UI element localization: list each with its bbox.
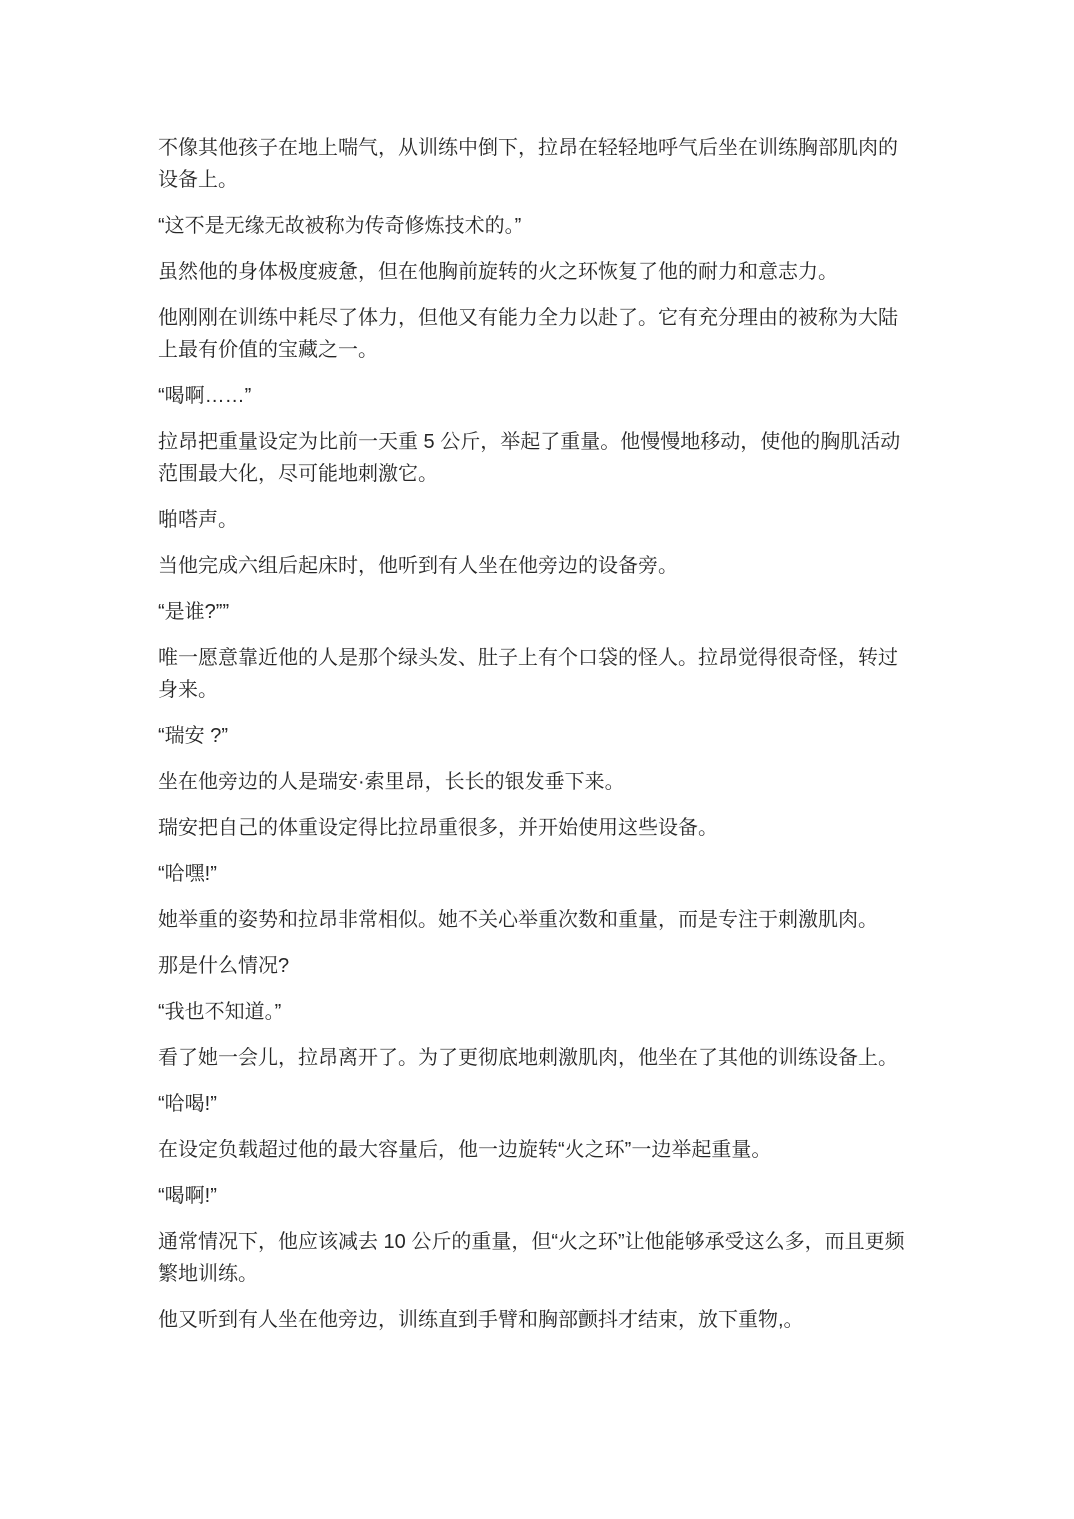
paragraph: 坐在他旁边的人是瑞安·索里昂，长长的银发垂下来。 <box>158 766 916 798</box>
novel-page: 不像其他孩子在地上喘气，从训练中倒下，拉昂在轻轻地呼气后坐在训练胸部肌肉的设备上… <box>0 0 1074 1519</box>
paragraph: “喝啊!” <box>158 1180 916 1212</box>
paragraph: 当他完成六组后起床时，他听到有人坐在他旁边的设备旁。 <box>158 550 916 582</box>
paragraph: “这不是无缘无故被称为传奇修炼技术的。” <box>158 210 916 242</box>
paragraph: “喝啊……” <box>158 380 916 412</box>
paragraph: 虽然他的身体极度疲惫，但在他胸前旋转的火之环恢复了他的耐力和意志力。 <box>158 256 916 288</box>
paragraph: “是谁?”” <box>158 596 916 628</box>
paragraph: 唯一愿意靠近他的人是那个绿头发、肚子上有个口袋的怪人。拉昂觉得很奇怪，转过身来。 <box>158 642 916 706</box>
paragraph: “我也不知道。” <box>158 996 916 1028</box>
paragraph: 啪嗒声。 <box>158 504 916 536</box>
paragraph: 瑞安把自己的体重设定得比拉昂重很多，并开始使用这些设备。 <box>158 812 916 844</box>
paragraph: “瑞安 ?” <box>158 720 916 752</box>
paragraph: 拉昂把重量设定为比前一天重 5 公斤，举起了重量。他慢慢地移动，使他的胸肌活动范… <box>158 426 916 490</box>
paragraph: 他刚刚在训练中耗尽了体力，但他又有能力全力以赴了。它有充分理由的被称为大陆上最有… <box>158 302 916 366</box>
paragraph: 看了她一会儿，拉昂离开了。为了更彻底地刺激肌肉，他坐在了其他的训练设备上。 <box>158 1042 916 1074</box>
paragraph: 他又听到有人坐在他旁边，训练直到手臂和胸部颤抖才结束，放下重物,。 <box>158 1304 916 1336</box>
paragraph: 在设定负载超过他的最大容量后，他一边旋转“火之环”一边举起重量。 <box>158 1134 916 1166</box>
novel-text: 不像其他孩子在地上喘气，从训练中倒下，拉昂在轻轻地呼气后坐在训练胸部肌肉的设备上… <box>158 132 916 1336</box>
paragraph: 通常情况下，他应该减去 10 公斤的重量，但“火之环”让他能够承受这么多，而且更… <box>158 1226 916 1290</box>
paragraph: 不像其他孩子在地上喘气，从训练中倒下，拉昂在轻轻地呼气后坐在训练胸部肌肉的设备上… <box>158 132 916 196</box>
paragraph: 她举重的姿势和拉昂非常相似。她不关心举重次数和重量，而是专注于刺激肌肉。 <box>158 904 916 936</box>
paragraph: “哈喝!” <box>158 1088 916 1120</box>
paragraph: “哈嘿!” <box>158 858 916 890</box>
paragraph: 那是什么情况? <box>158 950 916 982</box>
